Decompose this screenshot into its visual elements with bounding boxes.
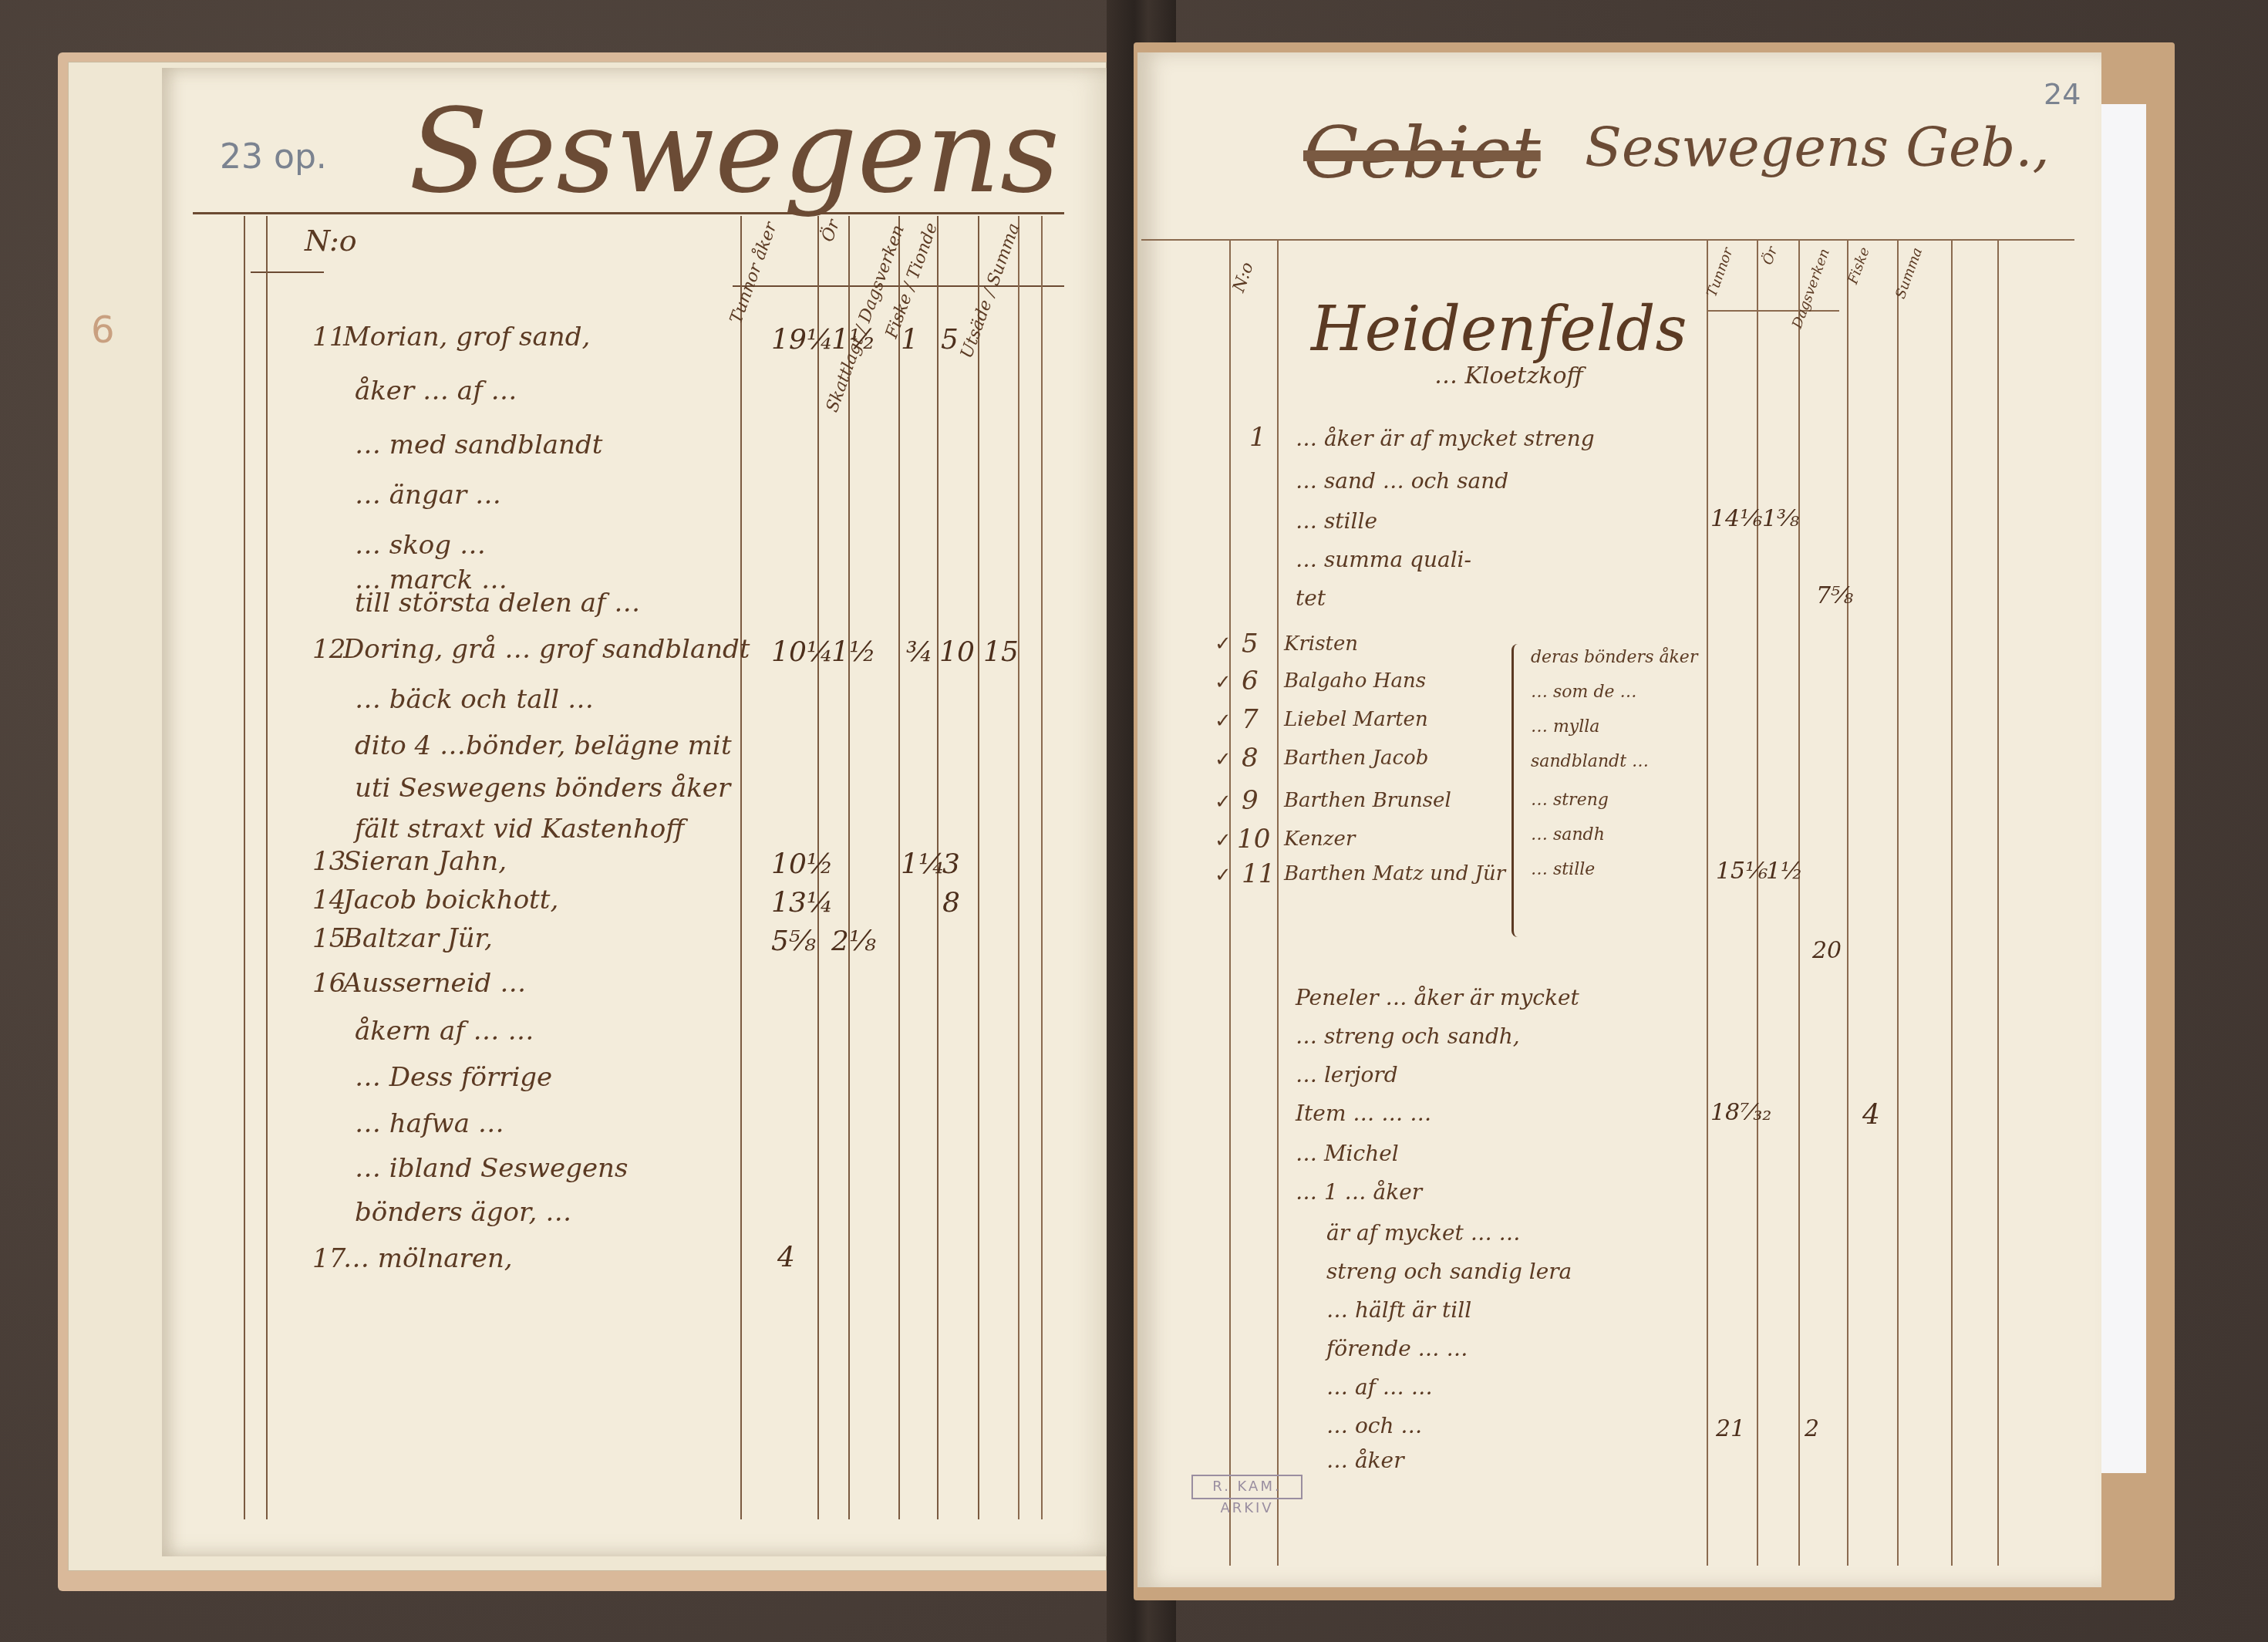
sub-heading: … Kloetzkoff	[1434, 362, 1583, 389]
entry-12-line-2: … bäck och tall …	[355, 686, 594, 713]
bracket-note-1: deras bönders åker	[1531, 648, 1697, 667]
grouping-bracket	[1511, 644, 1525, 937]
entry-16-no: 16	[312, 970, 345, 996]
r-entry-6-name: Balgaho Hans	[1284, 671, 1426, 691]
entry-11-value-1: 19¼	[771, 324, 834, 356]
entry-12-value-5: 15	[983, 636, 1019, 668]
right-page	[1137, 52, 2101, 1587]
entry-12-line-1: Doring, grå … grof sandblandt	[343, 636, 750, 663]
r-entry-1-value-2: 1⅜	[1762, 505, 1799, 532]
checkmark-9: ✓	[1215, 791, 1232, 814]
r-entry-5-name: Kristen	[1284, 634, 1358, 654]
entry-11-value-2: 1½	[831, 324, 876, 356]
left-no-underline	[251, 271, 324, 273]
r-block-value-2: 4	[1862, 1099, 1880, 1131]
entry-16-line-4: … hafwa …	[355, 1111, 504, 1137]
r-entry-1-line-5: tet	[1296, 588, 1326, 609]
entry-15-no: 15	[312, 926, 345, 952]
entry-11-line-5: … skog …	[355, 532, 486, 558]
r-entry-1-line-4: … summa quali-	[1296, 549, 1471, 571]
entry-16-line-3: … Dess förrige	[355, 1064, 552, 1091]
right-rule-c3	[1798, 239, 1800, 1566]
entry-14-value-4: 8	[942, 887, 960, 919]
entry-12-value-1: 10¼	[771, 636, 834, 668]
right-rule-c5	[1897, 239, 1899, 1566]
entry-12-no: 12	[312, 636, 345, 663]
left-rule-c4	[898, 216, 900, 1519]
r-block-line-13: … åker	[1326, 1450, 1404, 1472]
r-block-line-3: … lerjord	[1296, 1064, 1398, 1086]
checkmark-5: ✓	[1215, 632, 1232, 656]
r-entry-9-name: Barthen Brunsel	[1284, 791, 1451, 811]
left-page	[162, 68, 1110, 1556]
left-rule-c6	[978, 216, 979, 1519]
entry-17-value-1: 4	[777, 1242, 795, 1273]
r-block-line-2: … streng och sandh,	[1296, 1026, 1520, 1047]
r-block-line-9: … hälft är till	[1326, 1300, 1471, 1321]
r-entry-10-name: Kenzer	[1284, 829, 1355, 849]
left-colheader-no: N:o	[305, 224, 357, 258]
right-rule-c1	[1707, 239, 1708, 1566]
r-entry-7-no: 7	[1242, 706, 1259, 733]
r-entry-11-value-3: 20	[1812, 937, 1842, 964]
r-entry-1-value-3: 7⅝	[1816, 582, 1853, 609]
entry-13-value-1: 10½	[771, 848, 834, 880]
checkmark-11: ✓	[1215, 864, 1232, 887]
entry-12-line-5: fält straxt vid Kastenhoff	[355, 816, 684, 842]
checkmark-7: ✓	[1215, 710, 1232, 733]
r-entry-5-no: 5	[1242, 631, 1259, 657]
entry-11-line-7: till största delen af …	[355, 590, 640, 616]
r-block-line-8: streng och sandig lera	[1326, 1261, 1572, 1283]
entry-16-line-5: … ibland Seswegens	[355, 1155, 628, 1182]
r-entry-8-name: Barthen Jacob	[1284, 748, 1428, 768]
entry-11-line-2: åker … af …	[355, 378, 517, 404]
right-pencil-folio: 24	[2044, 77, 2081, 111]
right-rule-no-l	[1229, 239, 1231, 1566]
bracket-note-6: … sandh	[1531, 825, 1605, 845]
r-block-line-12: … och …	[1326, 1415, 1422, 1437]
left-page-title: Seswegens	[409, 85, 1060, 219]
right-rule-no-r	[1277, 239, 1279, 1566]
r-block-line-11: … af … …	[1326, 1377, 1433, 1398]
bracket-note-5: … streng	[1531, 791, 1609, 810]
r-entry-11-value-1: 15⅙	[1716, 858, 1768, 885]
entry-11-line-3: … med sandblandt	[355, 432, 602, 458]
white-insert-sheet	[2101, 104, 2146, 1473]
left-rule-c3	[848, 216, 850, 1519]
entry-12-value-2: 1½	[831, 636, 876, 668]
entry-13-name: Sieran Jahn,	[343, 848, 507, 875]
right-title-struck: Gebiet	[1303, 112, 1541, 194]
bracket-note-2: … som de …	[1531, 683, 1636, 702]
entry-13-no: 13	[312, 848, 345, 875]
r-block-line-7: är af mycket … …	[1326, 1222, 1521, 1244]
entry-14-value-1: 13¼	[771, 887, 834, 919]
r-entry-1-no: 1	[1249, 424, 1266, 450]
right-rule-c6	[1951, 239, 1953, 1566]
r-entry-1-line-3: … stille	[1296, 511, 1377, 532]
right-page-title: Seswegens Geb.,	[1585, 116, 2050, 179]
entry-15-value-2: 2⅛	[831, 926, 876, 957]
r-block-line-6: … 1 … åker	[1296, 1182, 1422, 1203]
entry-11-value-3: 1	[901, 324, 918, 356]
r-block-line-5: … Michel	[1296, 1143, 1399, 1165]
r-entry-1-value-1: 14⅙	[1710, 505, 1762, 532]
right-header-rule	[1141, 239, 2074, 241]
r-entry-9-no: 9	[1242, 787, 1259, 814]
entry-14-name: Jacob boickhott,	[343, 887, 558, 913]
r-entry-1-line-1: … åker är af mycket streng	[1296, 428, 1595, 450]
left-rule-c1	[740, 216, 742, 1519]
left-rule-no	[244, 216, 245, 1519]
bracket-note-7: … stille	[1531, 860, 1595, 879]
r-block-line-1: Peneler … åker är mycket	[1296, 987, 1579, 1009]
r-entry-11-name: Barthen Matz und Jür	[1284, 864, 1505, 884]
r-block-line-4: Item … … …	[1296, 1103, 1431, 1124]
r-entry-6-no: 6	[1242, 668, 1259, 694]
entry-11-value-4: 5	[941, 324, 959, 356]
entry-16-line-2: åkern af … …	[355, 1018, 534, 1044]
checkmark-8: ✓	[1215, 748, 1232, 771]
entry-14-no: 14	[312, 887, 345, 913]
right-rule-c7	[1997, 239, 1999, 1566]
checkmark-10: ✓	[1215, 829, 1232, 852]
r-entry-8-no: 8	[1242, 745, 1259, 771]
entry-11-no: 11	[312, 324, 345, 350]
section-heading: Heidenfelds	[1311, 293, 1687, 365]
entry-13-value-4: 3	[942, 848, 960, 880]
right-rule-c2	[1757, 239, 1758, 1566]
entry-15-name: Baltzar Jür,	[343, 926, 493, 952]
entry-11-line-4: … ängar …	[355, 482, 501, 508]
right-colheader-underline	[1708, 310, 1839, 312]
r-entry-11-value-2: 1½	[1766, 858, 1803, 885]
entry-11-line-1: Morian, grof sand,	[343, 324, 590, 350]
left-pencil-folio: 23 op.	[220, 137, 327, 177]
r-block-line-10: förende … …	[1326, 1338, 1468, 1360]
margin-mark: 6	[91, 309, 115, 352]
entry-12-value-4: 10	[939, 636, 975, 668]
entry-12-line-4: uti Seswegens bönders åker	[355, 775, 730, 801]
entry-12-line-3: dito 4 …bönder, belägne mit	[355, 733, 732, 759]
r-block-value-3: 21	[1716, 1415, 1745, 1442]
r-block-value-4: 2	[1805, 1415, 1819, 1442]
checkmark-6: ✓	[1215, 671, 1232, 694]
r-entry-1-line-2: … sand … och sand	[1296, 470, 1508, 492]
right-rule-c4	[1847, 239, 1848, 1566]
entry-17-name: … mölnaren,	[343, 1246, 513, 1272]
left-rule-c8	[1041, 216, 1043, 1519]
entry-17-no: 17	[312, 1246, 345, 1272]
bracket-note-3: … mylla	[1531, 717, 1599, 737]
entry-16-line-1: Ausserneid …	[343, 970, 526, 996]
left-header-rule	[193, 212, 1064, 214]
bracket-note-4: sandblandt …	[1531, 752, 1649, 771]
left-rule-c7	[1018, 216, 1019, 1519]
r-block-value-1: 18⁷⁄₃₂	[1710, 1099, 1771, 1126]
archive-stamp: R. KAM. ARKIV	[1191, 1475, 1302, 1499]
entry-16-line-6: bönders ägor, …	[355, 1199, 571, 1226]
entry-12-value-3: ¾	[906, 636, 933, 668]
r-entry-10-no: 10	[1237, 826, 1270, 852]
entry-13-value-3: 1¼	[901, 848, 945, 880]
r-entry-11-no: 11	[1242, 861, 1275, 887]
left-rule-text	[266, 216, 268, 1519]
r-entry-7-name: Liebel Marten	[1284, 710, 1428, 730]
entry-15-value-1: 5⅝	[771, 926, 816, 957]
